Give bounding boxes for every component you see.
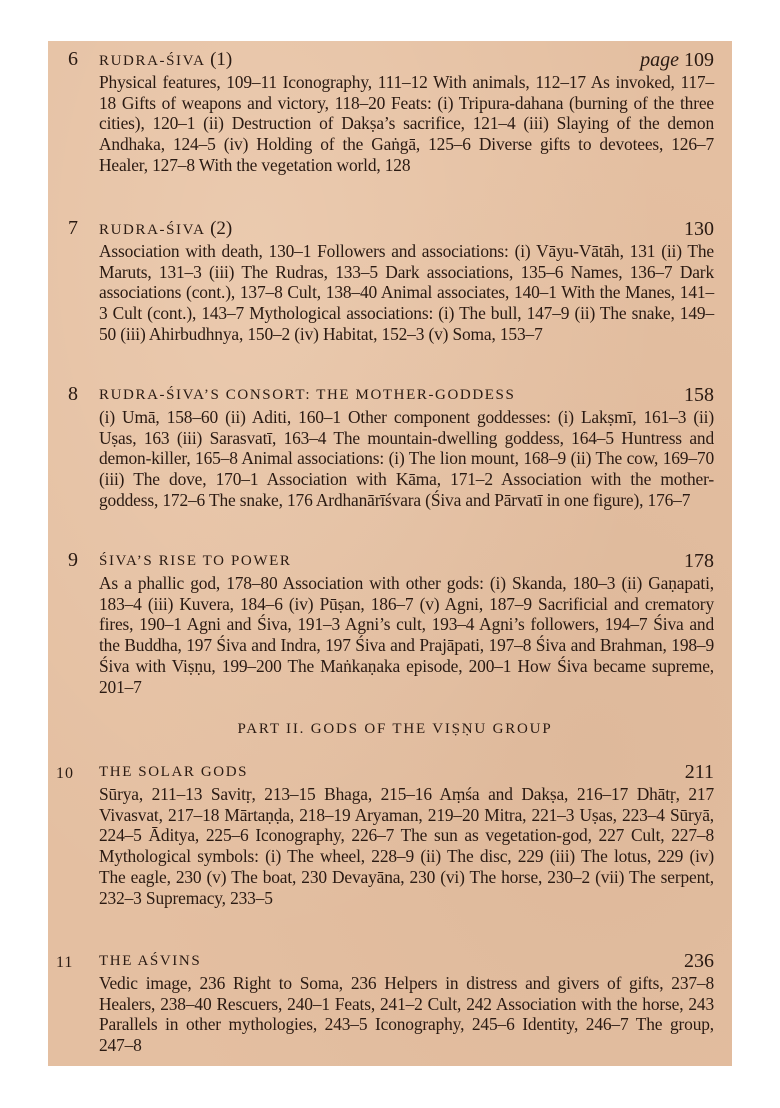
chapter-page-number: 178 xyxy=(684,549,714,573)
chapter-8: 8 RUDRA-ŚIVA’S CONSORT: THE MOTHER-GODDE… xyxy=(48,383,732,543)
chapter-number: 7 xyxy=(68,217,78,239)
chapter-title: THE SOLAR GODS xyxy=(99,763,248,781)
chapter-7: 7 RUDRA-ŚIVA (2) 130 Association with de… xyxy=(48,217,732,377)
chapter-11: 11 THE AŚVINS 236 Vedic image, 236 Right… xyxy=(48,949,732,1059)
page-number: 109 xyxy=(684,49,714,71)
chapter-contents: (i) Umā, 158–60 (ii) Aditi, 160–1 Other … xyxy=(99,407,714,511)
chapter-6: 6 RUDRA-ŚIVA (1) page 109 Physical featu… xyxy=(48,48,732,208)
chapter-number: 9 xyxy=(68,549,78,571)
chapter-page-number: 130 xyxy=(684,217,714,241)
chapter-page-number: page 109 xyxy=(640,48,714,72)
part-heading: PART II. GODS OF THE VIṢṆU GROUP xyxy=(48,721,732,738)
chapter-title: THE AŚVINS xyxy=(99,952,201,970)
chapter-contents: Association with death, 130–1 Followers … xyxy=(99,241,714,345)
chapter-title-suffix: (1) xyxy=(210,49,232,70)
chapter-title: RUDRA-ŚIVA (2) xyxy=(99,220,232,239)
chapter-page-number: 158 xyxy=(684,383,714,407)
chapter-contents: As a phallic god, 178–80 Association wit… xyxy=(99,573,714,697)
chapter-title-text: RUDRA-ŚIVA xyxy=(99,222,205,238)
chapter-title-text: RUDRA-ŚIVA xyxy=(99,53,205,69)
chapter-contents: Physical features, 109–11 Iconography, 1… xyxy=(99,72,714,176)
chapter-9: 9 ŚIVA’S RISE TO POWER 178 As a phallic … xyxy=(48,549,732,719)
book-page: 6 RUDRA-ŚIVA (1) page 109 Physical featu… xyxy=(48,41,732,1066)
page-label: page xyxy=(640,49,679,71)
chapter-title: RUDRA-ŚIVA (1) xyxy=(99,51,232,70)
chapter-title-suffix: (2) xyxy=(210,218,232,239)
chapter-number: 10 xyxy=(56,763,74,785)
chapter-page-number: 236 xyxy=(684,949,714,973)
chapter-number: 11 xyxy=(56,952,73,974)
chapter-number: 8 xyxy=(68,383,78,405)
chapter-10: 10 THE SOLAR GODS 211 Sūrya, 211–13 Savi… xyxy=(48,760,732,950)
chapter-page-number: 211 xyxy=(685,760,714,784)
chapter-number: 6 xyxy=(68,48,78,70)
chapter-title: RUDRA-ŚIVA’S CONSORT: THE MOTHER-GODDESS xyxy=(99,386,515,404)
chapter-title: ŚIVA’S RISE TO POWER xyxy=(99,552,291,570)
chapter-contents: Sūrya, 211–13 Savitṛ, 213–15 Bhaga, 215–… xyxy=(99,784,714,908)
chapter-contents: Vedic image, 236 Right to Soma, 236 Help… xyxy=(99,973,714,1056)
